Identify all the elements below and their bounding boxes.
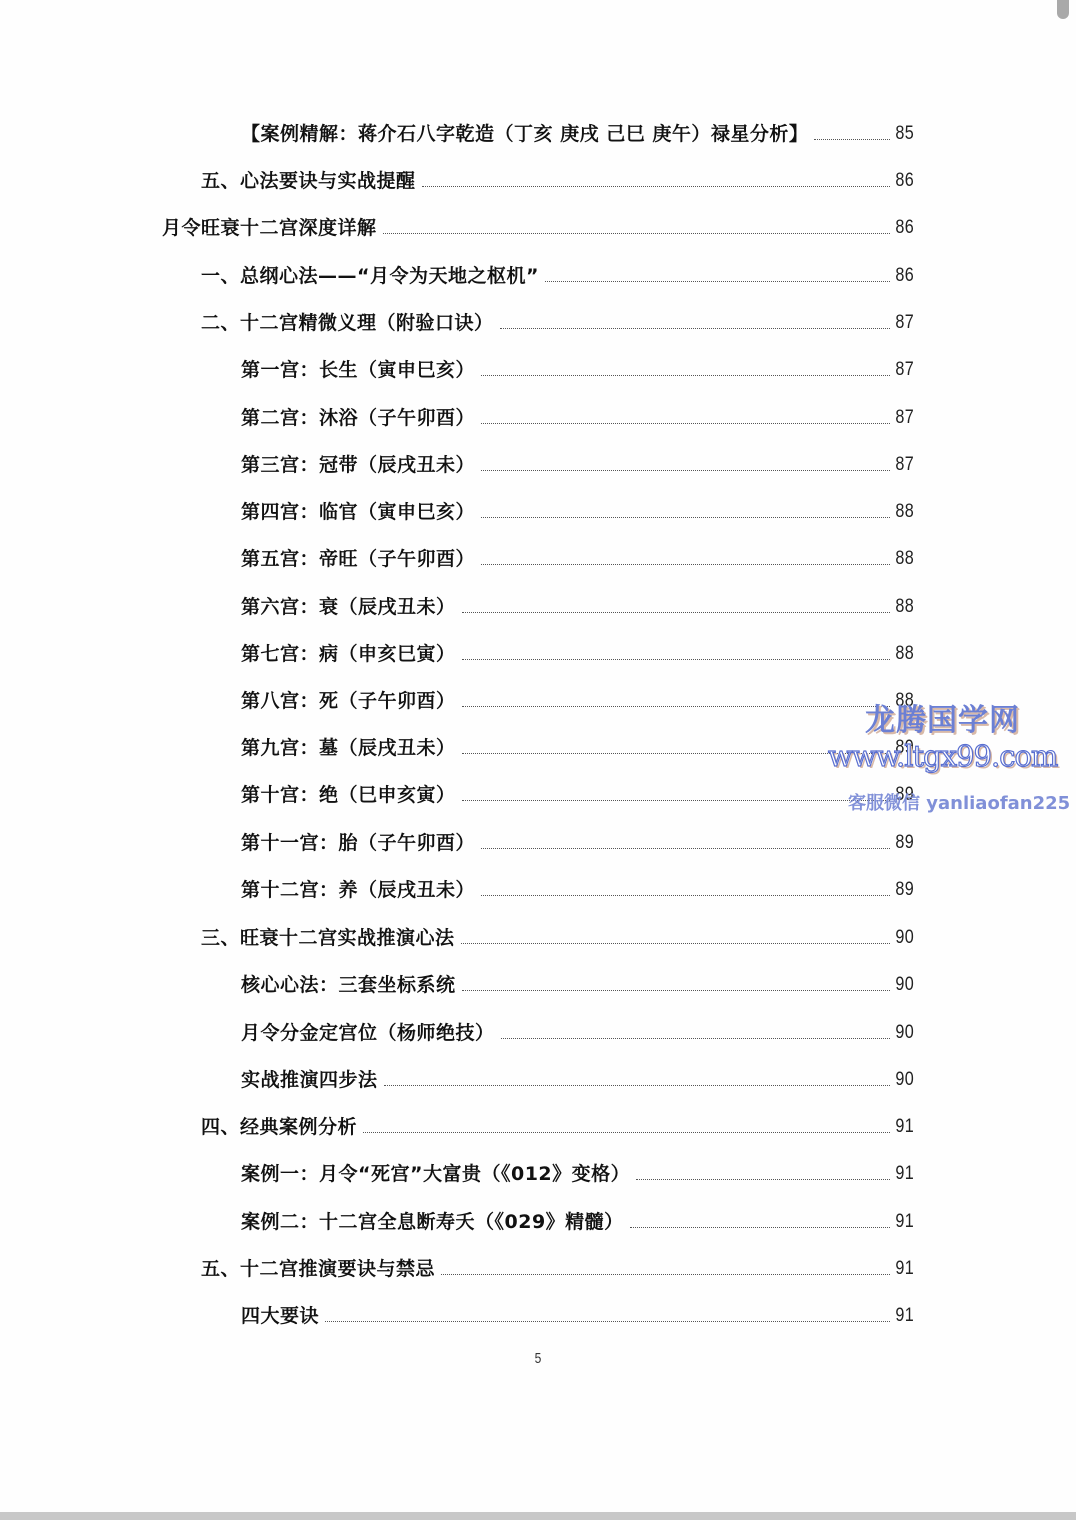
dot-leader xyxy=(481,895,890,896)
toc-entry[interactable]: 案例一：月令“死宫”大富贵（《012》变格） 91 xyxy=(241,1156,914,1186)
toc-entry[interactable]: 第四宫：临官（寅申巳亥） 88 xyxy=(241,494,914,524)
toc-entry-page: 88 xyxy=(893,595,914,619)
toc-entry-label: 实战推演四步法 xyxy=(241,1068,384,1092)
toc-entry-page: 91 xyxy=(893,1115,914,1139)
toc-entry-label: 【案例精解：蒋介石八字乾造（丁亥 庚戌 己巳 庚午）禄星分析】 xyxy=(241,122,814,146)
bottom-scroll-track[interactable] xyxy=(0,1512,1076,1520)
toc-entry-page: 86 xyxy=(893,169,914,193)
toc-entry-page: 89 xyxy=(893,878,914,902)
toc-entry[interactable]: 核心心法：三套坐标系统 90 xyxy=(241,967,914,997)
toc-entry[interactable]: 第十一宫：胎（子午卯酉） 89 xyxy=(241,825,914,855)
toc-entry-label: 月令分金定宫位（杨师绝技） xyxy=(241,1021,501,1045)
toc-entry[interactable]: 五、心法要诀与实战提醒 86 xyxy=(201,163,914,193)
toc-entry[interactable]: 第十宫：绝（巳申亥寅） 89 xyxy=(241,777,914,807)
dot-leader xyxy=(501,1038,890,1039)
toc-entry[interactable]: 月令分金定宫位（杨师绝技） 90 xyxy=(241,1015,914,1045)
toc-entry-label: 第五宫：帝旺（子午卯酉） xyxy=(241,547,481,571)
toc-entry-page: 89 xyxy=(893,783,914,807)
dot-leader xyxy=(481,848,890,849)
toc-entry-page: 87 xyxy=(893,358,914,382)
toc-entry[interactable]: 第七宫：病（申亥巳寅） 88 xyxy=(241,636,914,666)
toc-entry-label: 第八宫：死（子午卯酉） xyxy=(241,689,462,713)
toc-entry-page: 87 xyxy=(893,453,914,477)
toc-entry-page: 88 xyxy=(893,500,914,524)
toc-entry[interactable]: 四、经典案例分析 91 xyxy=(201,1109,914,1139)
toc-entry-label: 核心心法：三套坐标系统 xyxy=(241,973,462,997)
dot-leader xyxy=(500,328,890,329)
dot-leader xyxy=(481,375,890,376)
dot-leader xyxy=(481,423,890,424)
toc-entry-label: 一、总纲心法——“月令为天地之枢机” xyxy=(201,264,545,288)
dot-leader xyxy=(383,233,890,234)
toc-entry-page: 91 xyxy=(893,1257,914,1281)
toc-entry-page: 88 xyxy=(893,547,914,571)
toc-entry[interactable]: 二、十二宫精微义理（附验口诀） 87 xyxy=(201,305,914,335)
toc-entry-page: 91 xyxy=(893,1210,914,1234)
toc-entry-label: 第九宫：墓（辰戌丑未） xyxy=(241,736,462,760)
toc-entry[interactable]: 第八宫：死（子午卯酉） 88 xyxy=(241,683,914,713)
toc-entry-page: 90 xyxy=(893,1021,914,1045)
dot-leader xyxy=(636,1179,890,1180)
dot-leader xyxy=(384,1085,890,1086)
toc-entry[interactable]: 三、旺衰十二宫实战推演心法 90 xyxy=(201,920,914,950)
toc-entry-label: 案例一：月令“死宫”大富贵（《012》变格） xyxy=(241,1162,636,1186)
dot-leader xyxy=(462,706,890,707)
toc-entry[interactable]: 五、十二宫推演要诀与禁忌 91 xyxy=(201,1251,914,1281)
toc-entry-label: 二、十二宫精微义理（附验口诀） xyxy=(201,311,500,335)
dot-leader xyxy=(630,1227,890,1228)
toc-entry-page: 86 xyxy=(893,216,914,240)
dot-leader xyxy=(481,470,890,471)
toc-entry-label: 第三宫：冠带（辰戌丑未） xyxy=(241,453,481,477)
toc-entry-page: 88 xyxy=(893,642,914,666)
toc-entry-page: 89 xyxy=(893,736,914,760)
dot-leader xyxy=(441,1274,890,1275)
toc-entry[interactable]: 【案例精解：蒋介石八字乾造（丁亥 庚戌 己巳 庚午）禄星分析】 85 xyxy=(241,116,914,146)
toc-entry[interactable]: 第一宫：长生（寅申巳亥） 87 xyxy=(241,352,914,382)
dot-leader xyxy=(363,1132,890,1133)
toc-entry-page: 88 xyxy=(893,689,914,713)
scrollbar-thumb[interactable] xyxy=(1057,0,1069,19)
toc-entry[interactable]: 第十二宫：养（辰戌丑未） 89 xyxy=(241,872,914,902)
dot-leader xyxy=(461,943,890,944)
dot-leader xyxy=(462,753,890,754)
toc-entry-page: 87 xyxy=(893,406,914,430)
toc-entry[interactable]: 四大要诀 91 xyxy=(241,1298,914,1328)
toc-entry-label: 第六宫：衰（辰戌丑未） xyxy=(241,595,462,619)
toc-entry[interactable]: 第九宫：墓（辰戌丑未） 89 xyxy=(241,730,914,760)
toc-entry-label: 五、心法要诀与实战提醒 xyxy=(201,169,422,193)
toc-entry-page: 90 xyxy=(893,973,914,997)
toc-entry-label: 第四宫：临官（寅申巳亥） xyxy=(241,500,481,524)
dot-leader xyxy=(481,564,890,565)
toc-entry[interactable]: 一、总纲心法——“月令为天地之枢机” 86 xyxy=(201,258,914,288)
toc-entry-label: 第十宫：绝（巳申亥寅） xyxy=(241,783,462,807)
toc-entry[interactable]: 案例二：十二宫全息断寿夭（《029》精髓） 91 xyxy=(241,1204,914,1234)
toc-entry-page: 91 xyxy=(893,1162,914,1186)
dot-leader xyxy=(814,139,890,140)
dot-leader xyxy=(462,612,890,613)
toc-entry-label: 三、旺衰十二宫实战推演心法 xyxy=(201,926,461,950)
document-page: 【案例精解：蒋介石八字乾造（丁亥 庚戌 己巳 庚午）禄星分析】 85 五、心法要… xyxy=(0,0,1076,1512)
toc-entry-label: 四大要诀 xyxy=(241,1304,325,1328)
toc-entry-label: 第十一宫：胎（子午卯酉） xyxy=(241,831,481,855)
toc-entry[interactable]: 月令旺衰十二宫深度详解 86 xyxy=(162,210,914,240)
page-number: 5 xyxy=(108,1350,969,1367)
toc-entry-label: 第七宫：病（申亥巳寅） xyxy=(241,642,462,666)
dot-leader xyxy=(481,517,890,518)
toc-entry-label: 第十二宫：养（辰戌丑未） xyxy=(241,878,481,902)
toc-entry-label: 月令旺衰十二宫深度详解 xyxy=(162,216,383,240)
toc-entry-page: 86 xyxy=(893,264,914,288)
toc-entry-label: 五、十二宫推演要诀与禁忌 xyxy=(201,1257,441,1281)
toc-entry[interactable]: 第五宫：帝旺（子午卯酉） 88 xyxy=(241,541,914,571)
dot-leader xyxy=(422,186,890,187)
toc-entry-label: 第一宫：长生（寅申巳亥） xyxy=(241,358,481,382)
toc-entry-page: 91 xyxy=(893,1304,914,1328)
toc-entry[interactable]: 第二宫：沐浴（子午卯酉） 87 xyxy=(241,400,914,430)
toc-entry-page: 90 xyxy=(893,926,914,950)
dot-leader xyxy=(462,659,890,660)
toc-entry-label: 四、经典案例分析 xyxy=(201,1115,363,1139)
toc-entry[interactable]: 第六宫：衰（辰戌丑未） 88 xyxy=(241,589,914,619)
dot-leader xyxy=(325,1321,890,1322)
dot-leader xyxy=(462,800,890,801)
toc-entry-page: 89 xyxy=(893,831,914,855)
dot-leader xyxy=(462,990,890,991)
toc-entry-page: 85 xyxy=(893,122,914,146)
dot-leader xyxy=(545,281,890,282)
toc-entry-label: 案例二：十二宫全息断寿夭（《029》精髓） xyxy=(241,1210,630,1234)
toc-entry[interactable]: 第三宫：冠带（辰戌丑未） 87 xyxy=(241,447,914,477)
toc-entry-label: 第二宫：沐浴（子午卯酉） xyxy=(241,406,481,430)
toc-entry-page: 90 xyxy=(893,1068,914,1092)
toc-entry[interactable]: 实战推演四步法 90 xyxy=(241,1062,914,1092)
toc-entry-page: 87 xyxy=(893,311,914,335)
